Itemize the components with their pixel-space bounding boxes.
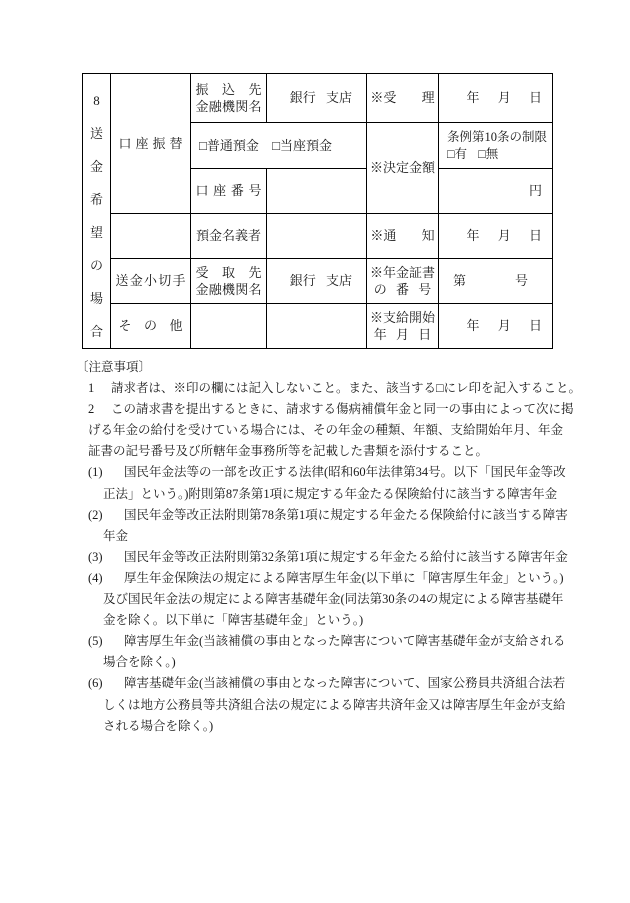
account-transfer-label: 口座振替	[119, 135, 183, 153]
notes-section: 〔注意事項〕1請求者は、※印の欄には記入しないこと。また、該当する□にレ印を記入…	[76, 357, 596, 737]
bank-branch-text-2: 銀行 支店	[290, 272, 352, 290]
note-text: 障害基礎年金(当該補償の事由となった障害について、国家公務員共済組合法若	[124, 676, 565, 690]
note-text: 国民年金等改正法附則第32条第1項に規定する年金たる給付に該当する障害年金	[124, 550, 568, 564]
note-number: (1)	[88, 462, 124, 483]
payment-start-label: ※支給開始 年 月 日	[370, 309, 436, 343]
remittance-table: 8送金希望の場合 口座振替 送金小切手 その他 振込先 金融機関名 銀行 支店 …	[82, 73, 553, 349]
cell-payment-start-date-label: ※支給開始 年 月 日	[367, 304, 439, 348]
section-label-char: 望	[90, 226, 103, 239]
note-line: (1)国民年金法等の一部を改正する法律(昭和60年法律第34号。以下「国民年金等…	[76, 462, 596, 483]
cell-decided-amount: ※決定金額	[367, 123, 439, 214]
cell-bank-branch-entry-2: 銀行 支店	[267, 259, 367, 304]
section-label-char: 8	[93, 94, 100, 107]
cell-acceptance: ※受 理	[367, 74, 439, 123]
acceptance-label: ※受 理	[370, 89, 434, 107]
cell-account-number-entry	[267, 169, 367, 214]
cell-payee-bank-label: 受取先 金融機関名	[191, 259, 267, 304]
note-line: 金を除く。以下単に「障害基礎年金」という。)	[76, 610, 596, 631]
note-line: 証書の記号番号及び所轄年金事務所等を記載した書類を添付すること。	[76, 441, 596, 462]
cell-account-number-label: 口座番号	[191, 169, 267, 214]
payee-bank-label: 受取先 金融機関名	[196, 264, 262, 298]
note-text: 及び国民年金法の規定による障害基礎年金(同法第30条の4の規定による障害基礎年	[103, 592, 563, 606]
ordinance-limit-text: 条例第10条の制限	[447, 129, 547, 146]
decided-amount-label: ※決定金額	[370, 159, 435, 177]
remittance-check-label: 送金小切手	[116, 272, 186, 290]
section-label-char: 金	[90, 160, 103, 173]
cell-bank-branch-entry-1: 銀行 支店	[267, 74, 367, 123]
cell-yen: 円	[439, 169, 552, 214]
note-line: 年金	[76, 526, 596, 547]
note-line: される場合を除く。)	[76, 716, 596, 737]
account-holder-label: 預金名義者	[196, 227, 261, 245]
note-line: (4)厚生年金保険法の規定による障害厚生年金(以下単に「障害厚生年金」という。)	[76, 568, 596, 589]
note-text: げる年金の給付を受けている場合には、その年金の種類、年額、支給開始年月、年金	[88, 423, 563, 437]
cell-deposit-type-checkboxes: □普通預金 □当座預金	[191, 123, 367, 169]
note-text: この請求書を提出するときに、請求する傷病補償年金と同一の事由によって次に掲	[111, 402, 574, 416]
note-line: 1請求者は、※印の欄には記入しないこと。また、該当する□にレ印を記入すること。	[76, 378, 596, 399]
note-number: (4)	[88, 568, 124, 589]
cell-notice: ※通 知	[367, 214, 439, 259]
bank-branch-text-1: 銀行 支店	[290, 89, 352, 107]
transfer-bank-label: 振込先 金融機関名	[196, 81, 262, 115]
note-line: 場合を除く。)	[76, 652, 596, 673]
cell-remittance-check: 送金小切手	[111, 259, 191, 304]
note-number: (3)	[88, 547, 124, 568]
cell-transfer-bank-label: 振込先 金融機関名	[191, 74, 267, 123]
pension-certificate-label: ※年金証書 の 番 号	[370, 264, 436, 298]
note-line: しくは地方公務員等共済組合法の規定による障害共済年金又は障害厚生年金が支給	[76, 695, 596, 716]
note-text: 障害厚生年金(当該補償の事由となった障害について障害基礎年金が支給される	[124, 634, 565, 648]
cell-blank-d6	[267, 304, 367, 348]
note-text: 場合を除く。)	[103, 655, 176, 669]
form-page: 8送金希望の場合 口座振替 送金小切手 その他 振込先 金融機関名 銀行 支店 …	[0, 0, 630, 903]
note-text: しくは地方公務員等共済組合法の規定による障害共済年金又は障害厚生年金が支給	[103, 698, 566, 712]
note-line: (2)国民年金等改正法附則第78条第1項に規定する年金たる保険給付に該当する障害	[76, 505, 596, 526]
note-text: 年金	[103, 529, 128, 543]
note-number: (6)	[88, 673, 124, 694]
note-line: げる年金の給付を受けている場合には、その年金の種類、年額、支給開始年月、年金	[76, 420, 596, 441]
note-line: (5)障害厚生年金(当該補償の事由となった障害について障害基礎年金が支給される	[76, 631, 596, 652]
cell-account-holder-label: 預金名義者	[191, 214, 267, 259]
cell-blank-c6	[191, 304, 267, 348]
note-text: 金を除く。以下単に「障害基礎年金」という。)	[103, 613, 363, 627]
cell-certificate-number-entry: 第 号	[439, 259, 552, 304]
note-text: 国民年金等改正法附則第78条第1項に規定する年金たる保険給付に該当する障害	[124, 508, 568, 522]
acceptance-date-text: 年 月 日	[466, 89, 542, 107]
note-text: 〔注意事項〕	[76, 360, 151, 374]
dai-prefix: 第	[453, 272, 466, 290]
note-number: (2)	[88, 505, 124, 526]
payment-start-date-text: 年 月 日	[466, 317, 542, 335]
gou-suffix: 号	[515, 272, 528, 290]
note-text: される場合を除く。)	[103, 719, 213, 733]
notice-label: ※通 知	[370, 227, 434, 245]
section-label-char: 希	[90, 193, 103, 206]
note-number: (5)	[88, 631, 124, 652]
cell-payment-start-date-entry: 年 月 日	[439, 304, 552, 348]
note-text: 証書の記号番号及び所轄年金事務所等を記載した書類を添付すること。	[88, 444, 488, 458]
note-line: (3)国民年金等改正法附則第32条第1項に規定する年金たる給付に該当する障害年金	[76, 547, 596, 568]
section-label-char: 場	[90, 292, 103, 305]
note-line: 正法」という。)附則第87条第1項に規定する年金たる保険給付に該当する障害年金	[76, 484, 596, 505]
other-label: その他	[119, 317, 183, 335]
note-line: 2この請求書を提出するときに、請求する傷病補償年金と同一の事由によって次に掲	[76, 399, 596, 420]
note-text: 正法」という。)附則第87条第1項に規定する年金たる保険給付に該当する障害年金	[103, 487, 557, 501]
note-number: 2	[88, 399, 111, 420]
cell-account-holder-entry	[267, 214, 367, 259]
ordinance-limit-block: 条例第10条の制限 □有 □無	[447, 129, 547, 163]
cell-acceptance-date: 年 月 日	[439, 74, 552, 123]
account-number-label: 口座番号	[196, 182, 262, 200]
section-label-vertical: 8送金希望の場合	[83, 74, 111, 348]
ordinance-limit-checkboxes: □有 □無	[447, 146, 547, 163]
section-label-char: 合	[90, 325, 103, 338]
note-line: 〔注意事項〕	[76, 357, 596, 378]
note-text: 国民年金法等の一部を改正する法律(昭和60年法律第34号。以下「国民年金等改	[124, 465, 566, 479]
section-label-char: の	[90, 259, 103, 272]
note-number: 1	[88, 378, 111, 399]
note-line: 及び国民年金法の規定による障害基礎年金(同法第30条の4の規定による障害基礎年	[76, 589, 596, 610]
notice-date-text: 年 月 日	[466, 227, 542, 245]
cell-ordinance-limit: 条例第10条の制限 □有 □無	[439, 123, 552, 169]
deposit-type-options: □普通預金 □当座預金	[199, 137, 332, 155]
cell-pension-certificate-number: ※年金証書 の 番 号	[367, 259, 439, 304]
note-line: (6)障害基礎年金(当該補償の事由となった障害について、国家公務員共済組合法若	[76, 673, 596, 694]
cell-account-transfer: 口座振替	[111, 74, 191, 214]
cell-notice-date: 年 月 日	[439, 214, 552, 259]
note-text: 請求者は、※印の欄には記入しないこと。また、該当する□にレ印を記入すること。	[111, 381, 581, 395]
cell-other: その他	[111, 304, 191, 348]
note-text: 厚生年金保険法の規定による障害厚生年金(以下単に「障害厚生年金」という。)	[124, 571, 564, 585]
cell-blank-b4	[111, 214, 191, 259]
section-label-char: 送	[90, 127, 103, 140]
yen-label: 円	[529, 182, 542, 200]
